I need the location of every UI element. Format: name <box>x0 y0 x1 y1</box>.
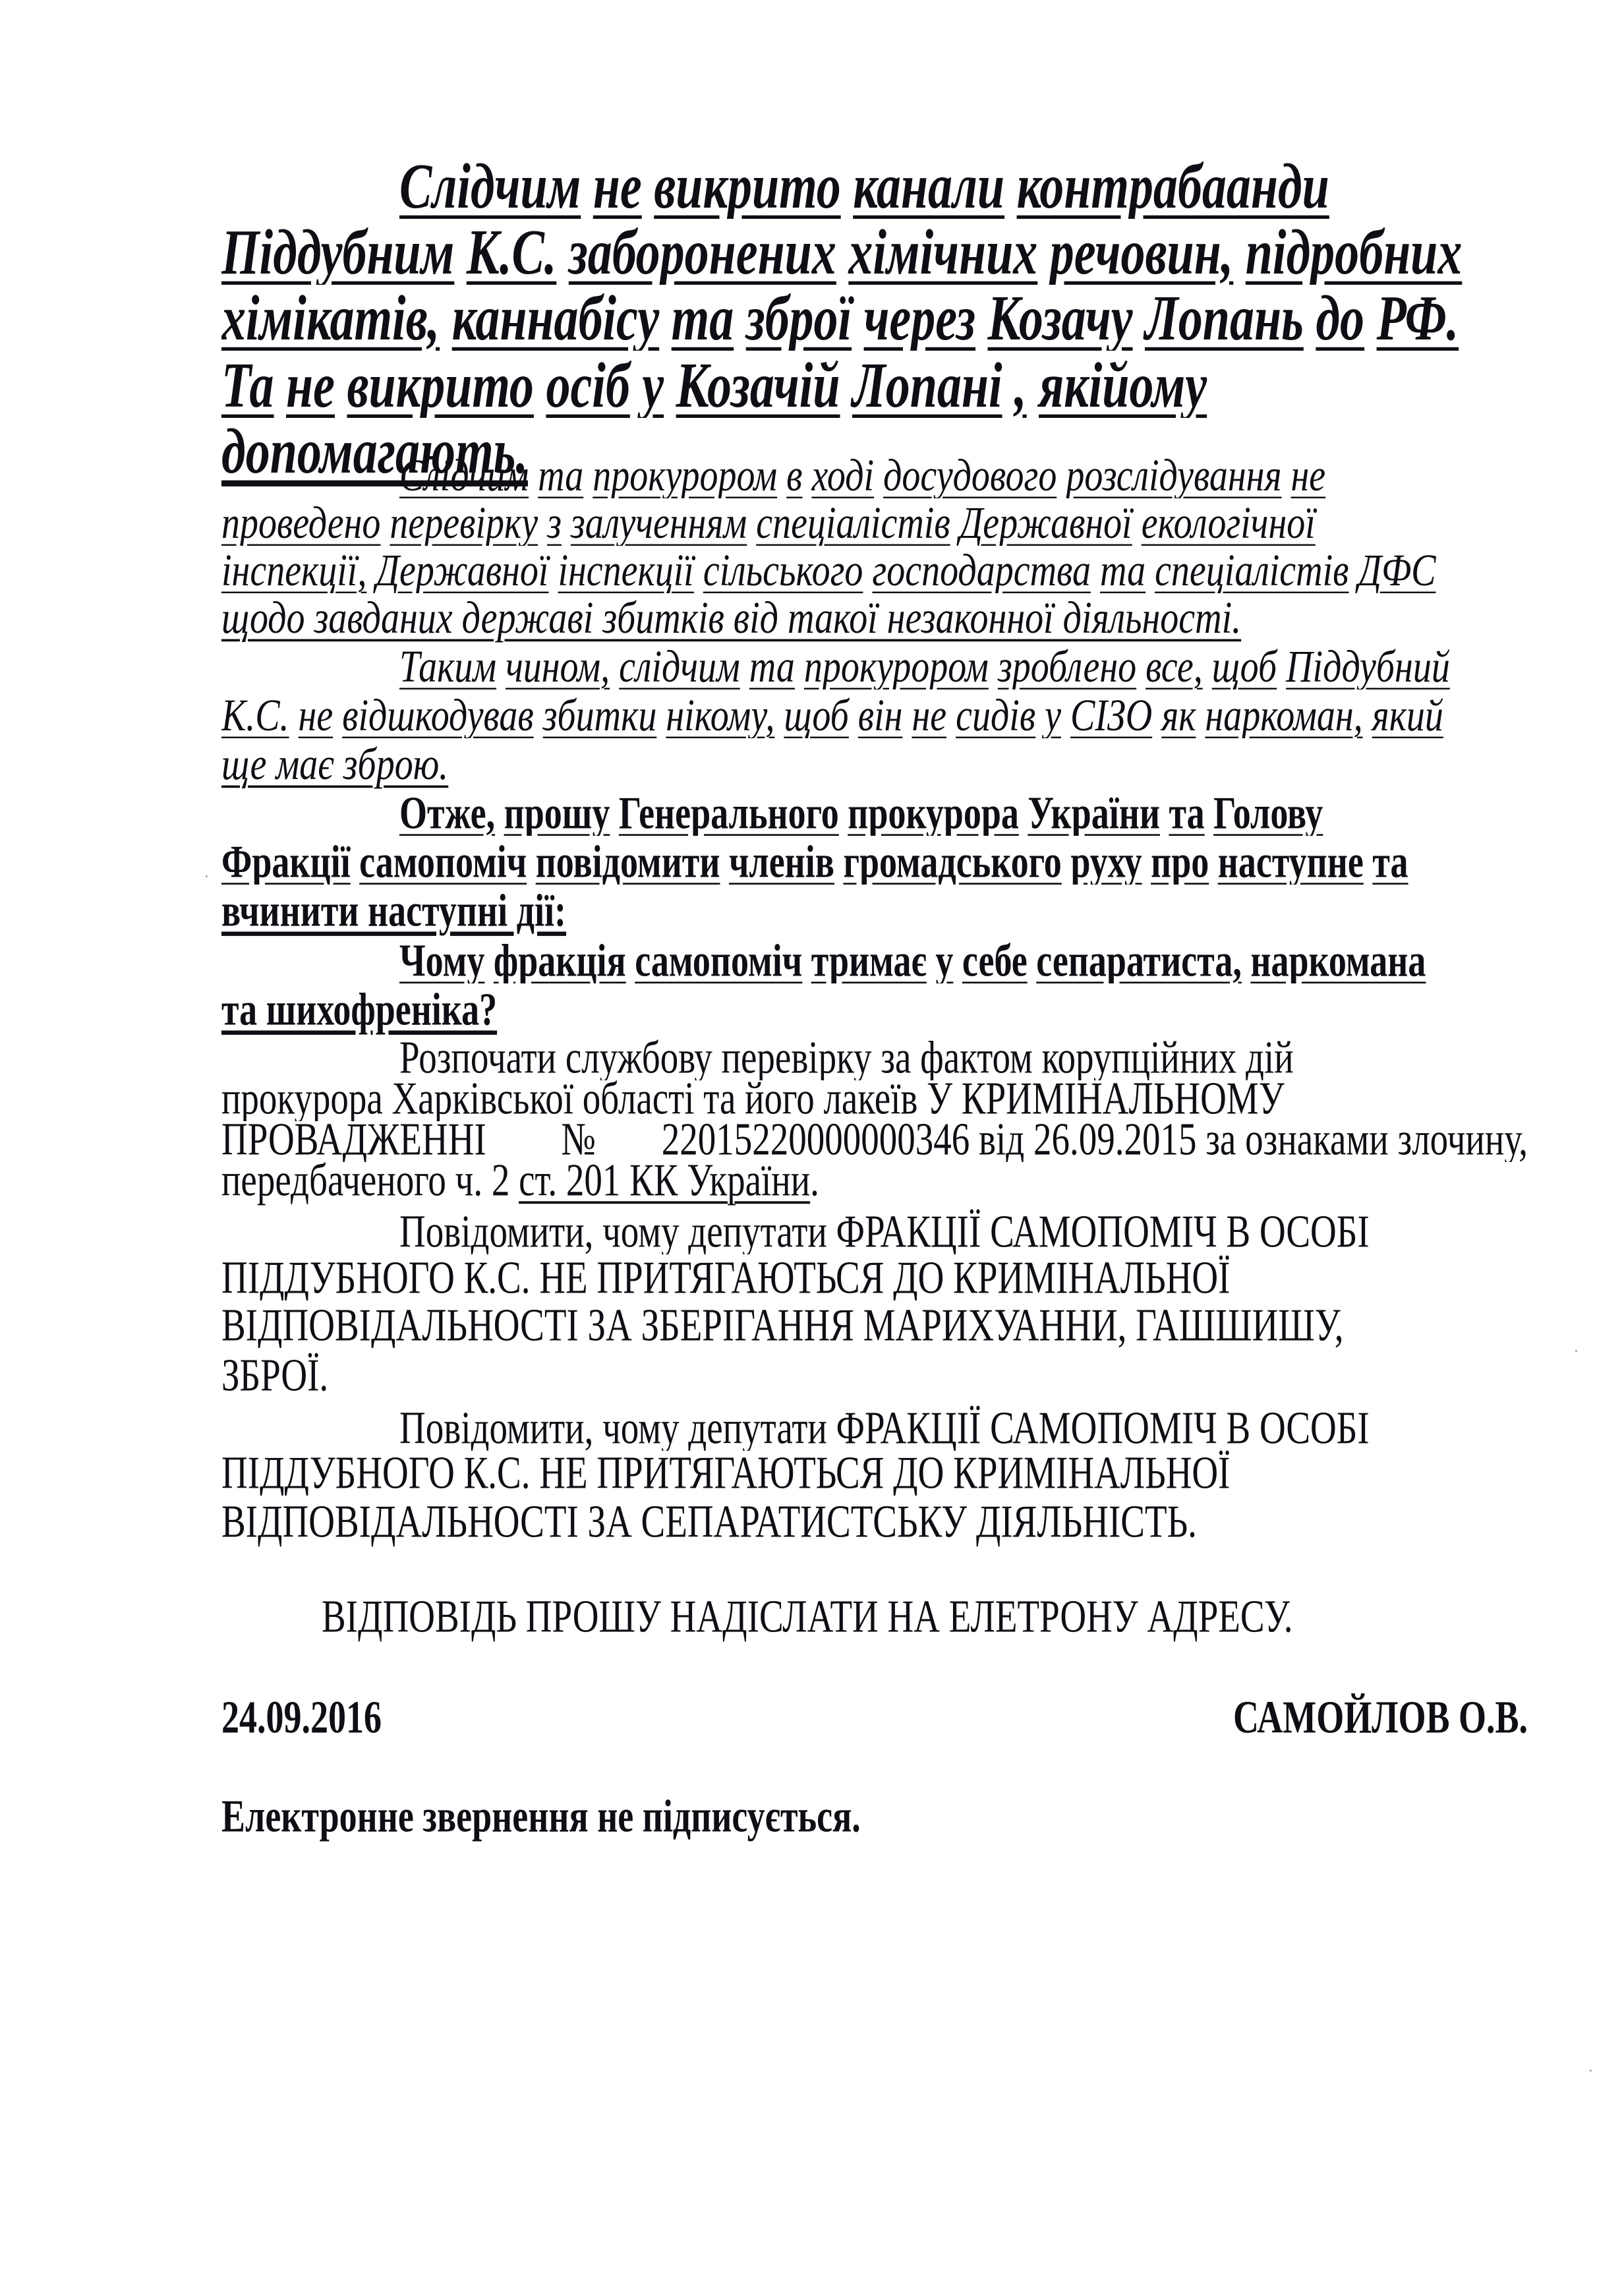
paragraph-line: Повідомити, чому депутати ФРАКЦІЇ САМОПО… <box>399 1208 1528 1254</box>
text-segment: передбаченого ч. 2 <box>221 1154 519 1206</box>
paragraph-line: ПІДДУБНОГО К.С. НЕ ПРИТЯГАЮТЬСЯ ДО КРИМІ… <box>221 1254 1528 1300</box>
text-segment: . <box>810 1154 819 1206</box>
document-date: 24.09.2016 <box>221 1694 382 1740</box>
paragraph-line: Слідчим та прокурором в ході досудового … <box>399 453 1528 498</box>
response-request: ВІДПОВІДЬ ПРОШУ НАДІСЛАТИ НА ЕЛЕТРОНУ АД… <box>322 1593 1293 1639</box>
paragraph-line: К.С. не відшкодував збитки нікому, щоб в… <box>221 693 1528 738</box>
paragraph-line: інспекції, Державної інспекції сільськог… <box>221 548 1528 593</box>
paragraph-line: Розпочати службову перевірку за фактом к… <box>399 1034 1528 1080</box>
scan-speck <box>1575 1350 1577 1352</box>
heading-line: Слідчим не викрито канали контрабаанди <box>399 154 1528 219</box>
paragraph-line: Отже, прошу Генерального прокурора Украї… <box>399 790 1528 836</box>
paragraph-line: Повідомити, чому депутати ФРАКЦІЇ САМОПО… <box>399 1405 1528 1451</box>
scan-speck <box>206 875 208 877</box>
document-page: Слідчим не викрито канали контрабаанди П… <box>0 0 1624 2278</box>
heading-line: Та не викрито осіб у Козачій Лопані , як… <box>221 353 1528 418</box>
paragraph-line: ВІДПОВІДАЛЬНОСТІ ЗА СЕПАРАТИСТСЬКУ ДІЯЛЬ… <box>221 1498 1197 1544</box>
paragraph-line: ПІДДУБНОГО К.С. НЕ ПРИТЯГАЮТЬСЯ ДО КРИМІ… <box>221 1449 1528 1496</box>
paragraph-line: вчинити наступні дії: <box>221 887 566 933</box>
paragraph-line: щодо завданих державі збитків від такої … <box>221 596 1241 641</box>
paragraph-line: Чому фракція самопоміч тримає у себе сеп… <box>399 937 1528 983</box>
signature-name: САМОЙЛОВ О.В. <box>1194 1694 1528 1740</box>
paragraph-line: ще має зброю. <box>221 742 448 787</box>
paragraph-line: прокурора Харківської області та його ла… <box>221 1075 1528 1121</box>
paragraph-line: передбаченого ч. 2 ст. 201 КК України. <box>221 1157 819 1203</box>
paragraph-line: Фракції самопоміч повідомити членів гром… <box>221 838 1528 885</box>
paragraph-line: Таким чином, слідчим та прокурором зробл… <box>399 645 1528 689</box>
footer-note: Електронне звернення не підписується. <box>221 1793 861 1839</box>
law-article-link[interactable]: ст. 201 КК України <box>519 1154 810 1206</box>
heading-line: Піддубним К.С. заборонених хімічних речо… <box>221 220 1528 285</box>
paragraph-line: ВІДПОВІДАЛЬНОСТІ ЗА ЗБЕРІГАННЯ МАРИХУАНН… <box>221 1302 1528 1348</box>
paragraph-line: та шихофреніка? <box>221 986 497 1032</box>
paragraph-line: проведено перевірку з залученням спеціал… <box>221 501 1528 546</box>
heading-line: хімікатів, каннабісу та зброї через Коза… <box>221 286 1528 351</box>
paragraph-line: ЗБРОЇ. <box>221 1352 328 1398</box>
scan-speck <box>1590 2070 1592 2072</box>
